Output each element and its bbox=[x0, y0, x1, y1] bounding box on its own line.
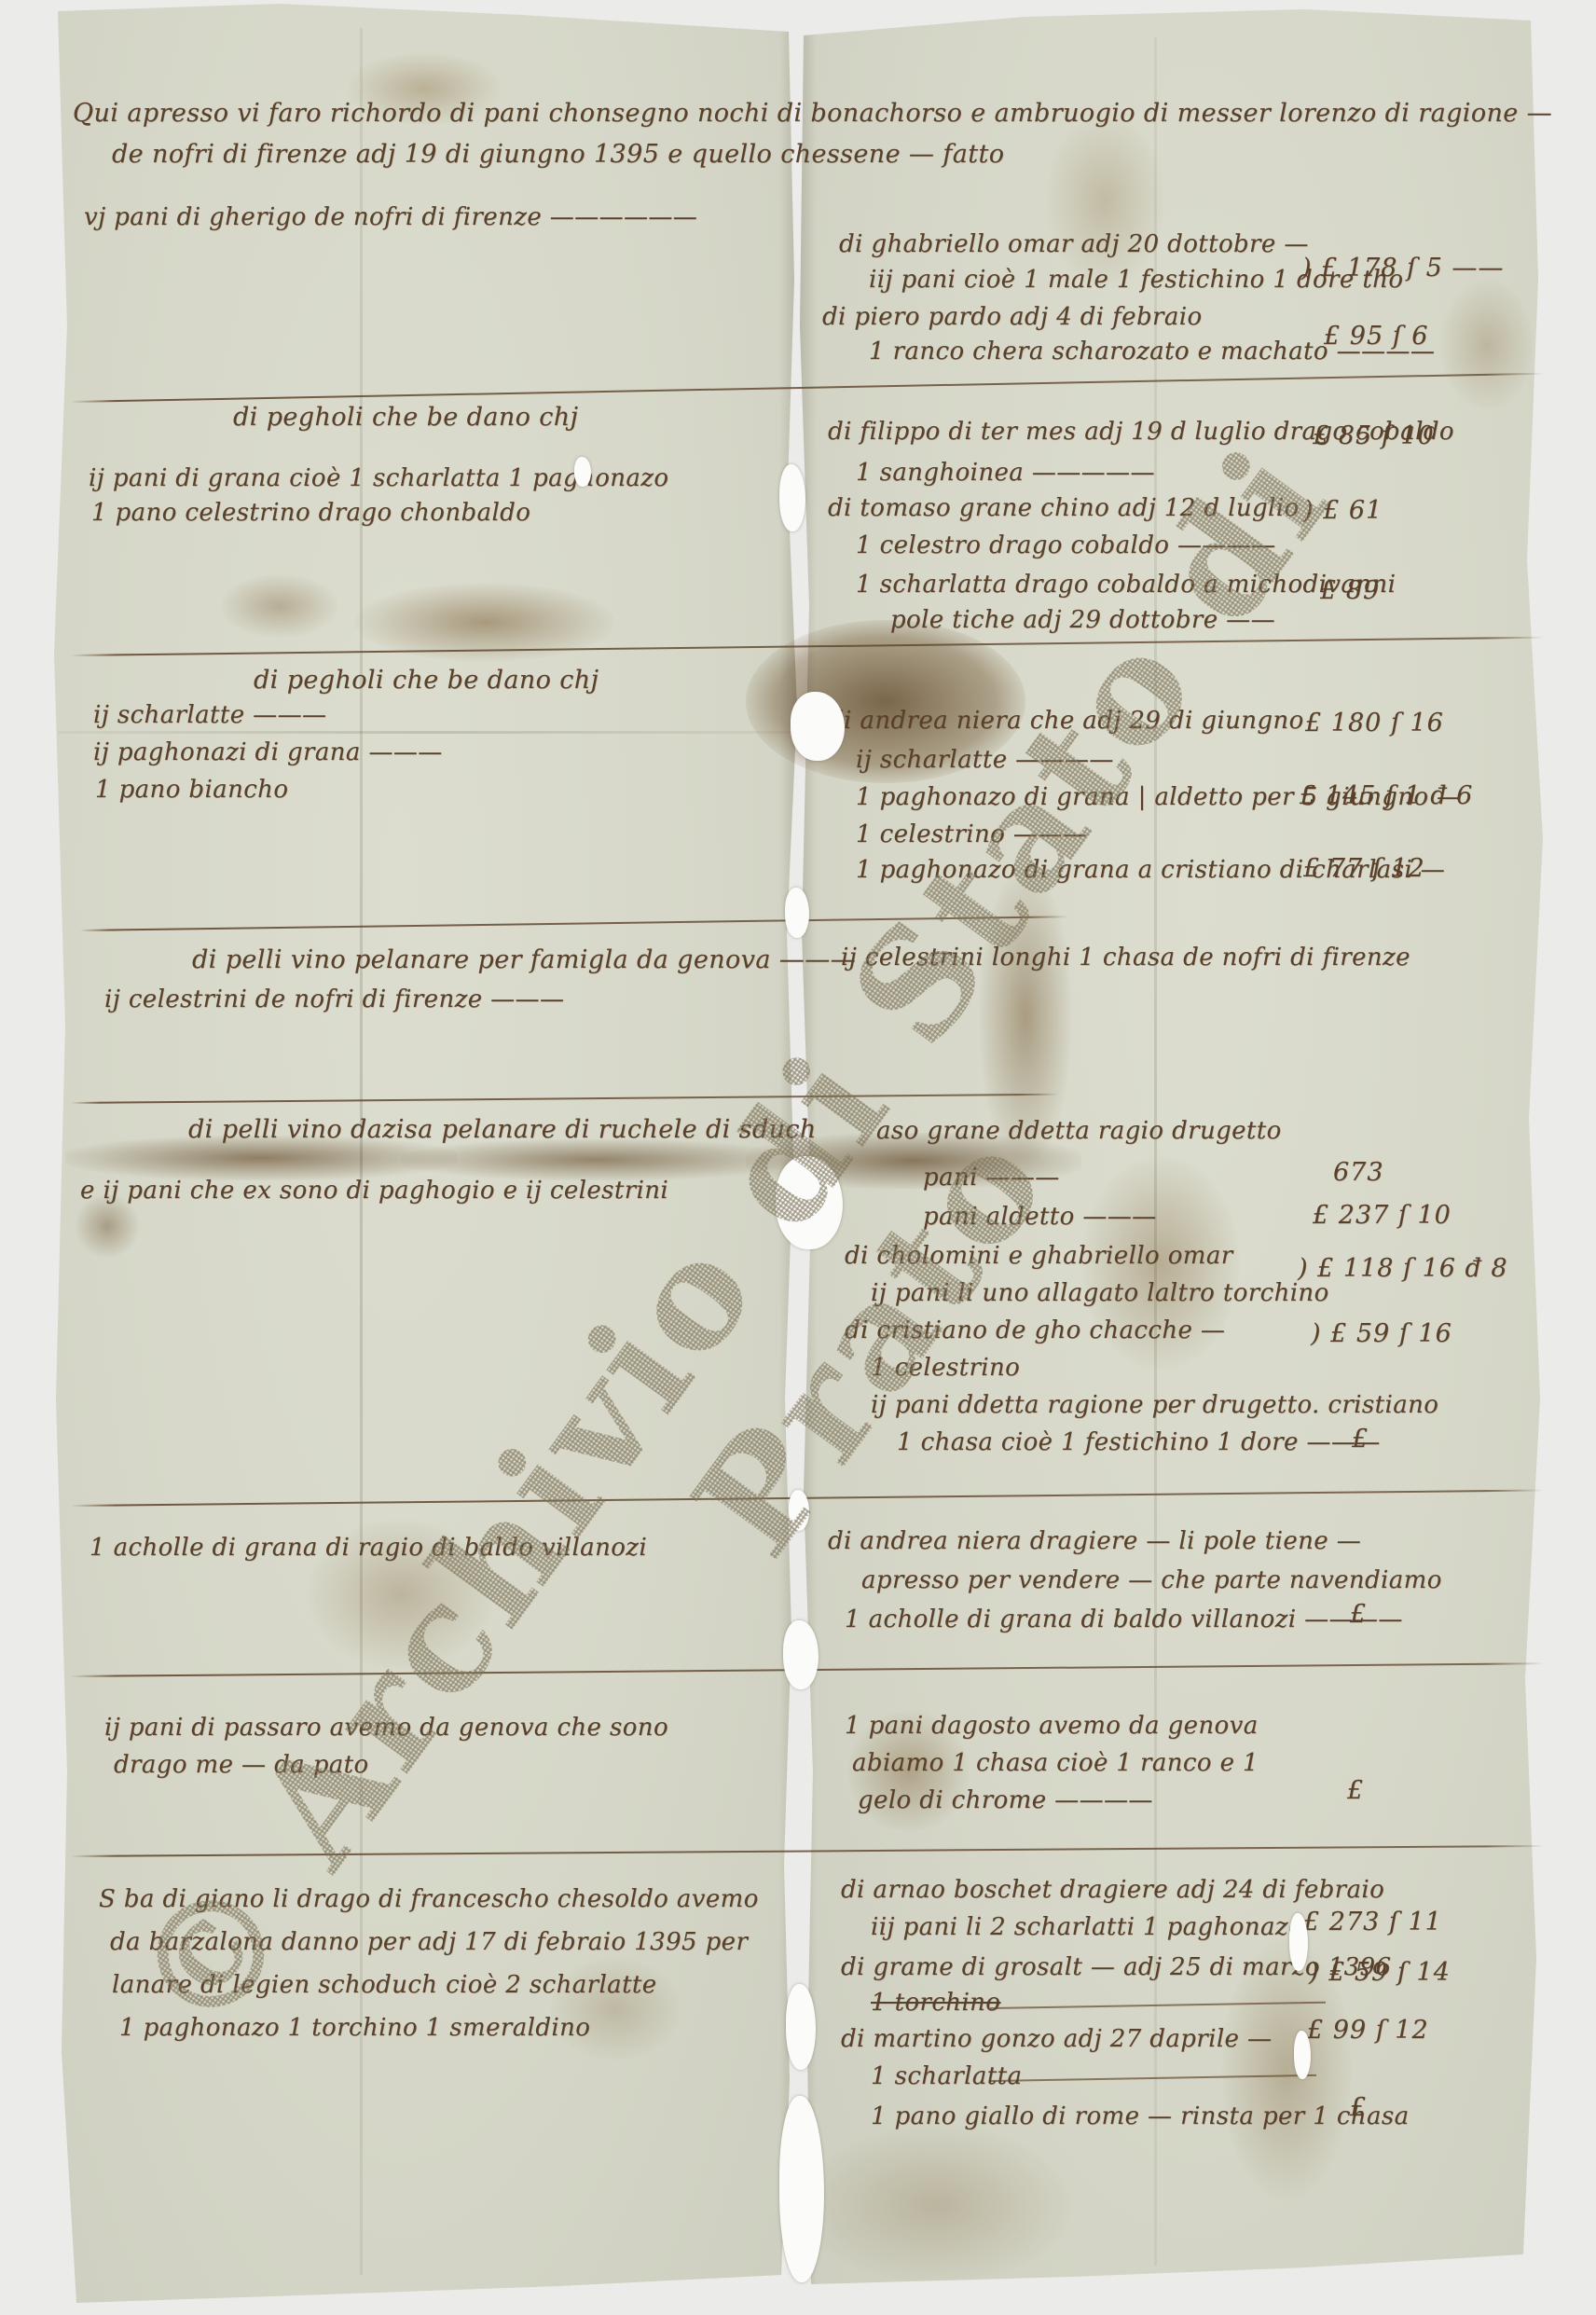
entry-line: 1 scharlatta drago cobaldo a michodivann… bbox=[856, 571, 1396, 599]
entry-line: 1 celestro drago cobaldo ———— bbox=[856, 531, 1276, 559]
entry-line: di arnao boschet dragiere adj 24 di febr… bbox=[841, 1876, 1384, 1904]
amount-value: 673 bbox=[1333, 1158, 1384, 1187]
amount-value: £ bbox=[1352, 1425, 1369, 1454]
amount-value: £ 237 ſ 10 bbox=[1313, 1201, 1452, 1230]
entry-line: ij scharlatte ——— bbox=[93, 701, 326, 729]
entry-line: di piero pardo adj 4 di febraio bbox=[822, 303, 1203, 331]
entry-line: di ghabriello omar adj 20 dottobre — bbox=[839, 230, 1309, 258]
amount-value: £ 77 ſ 12 bbox=[1303, 854, 1425, 883]
entry-line: iij pani li 2 scharlatti 1 paghonazo bbox=[871, 1913, 1303, 1941]
entry-line: ij celestrini de nofri di firenze ——— bbox=[104, 985, 564, 1013]
entry-line: aso grane ddetta ragio drugetto bbox=[876, 1117, 1282, 1145]
amount-value: ) £ 59 ſ 14 bbox=[1309, 1958, 1451, 1987]
amount-value: £ 273 ſ 11 bbox=[1303, 1908, 1442, 1936]
amount-value: £ bbox=[1350, 1600, 1367, 1629]
entry-line: 1 celestrino ——— bbox=[856, 820, 1087, 848]
entry-line: di martino gonzo adj 27 daprile — bbox=[841, 2025, 1272, 2053]
section-heading: di pegholi che be dano chj bbox=[233, 403, 578, 432]
section-heading: di pelli vino pelanare per famigla da ge… bbox=[192, 945, 856, 974]
entry-line: ij paghonazi di grana ——— bbox=[93, 738, 443, 766]
amount-value: ) £ 178 ſ 5 —— bbox=[1301, 254, 1504, 282]
amount-value: £ 95 ſ 6 bbox=[1324, 322, 1428, 351]
entry-line: 1 pano celestrino drago chonbaldo bbox=[91, 499, 530, 527]
header-line-1: Qui apresso vi faro richordo di pani cho… bbox=[73, 99, 1552, 128]
entry-line: di andrea niera che adj 29 di giungno bbox=[828, 707, 1304, 735]
entry-line: drago me — da pato bbox=[114, 1751, 369, 1779]
entry-line: 1 acholle di grana di ragio di baldo vil… bbox=[89, 1534, 647, 1562]
entry-line: e ij pani che ex sono di paghogio e ij c… bbox=[80, 1177, 668, 1205]
entry-line: S ba di giano li drago di francescho che… bbox=[99, 1885, 759, 1913]
amount-value: £ 145 ſ 1 đ 6 bbox=[1300, 781, 1473, 810]
entry-line: 1 scharlatta bbox=[871, 2062, 1022, 2090]
entry-line: da barzalona danno per adj 17 di febraio… bbox=[110, 1928, 748, 1956]
scanned-manuscript-page: © Archivio di Stato di Prato Qui apresso… bbox=[0, 0, 1596, 2315]
entry-line: 1 pano biancho bbox=[95, 776, 288, 804]
entry-line: 1 paghonazo 1 torchino 1 smeraldino bbox=[119, 2014, 590, 2042]
amount-value: ) £ 61 bbox=[1303, 496, 1383, 525]
amount-value: £ 85 ſ 10 bbox=[1313, 421, 1435, 450]
entry-line: apresso per vendere — che parte navendia… bbox=[861, 1566, 1442, 1594]
entry-line: 1 pano giallo di rome — rinsta per 1 cha… bbox=[871, 2102, 1410, 2130]
entry-line: ij pani ddetta ragione per drugetto. cri… bbox=[871, 1391, 1438, 1419]
amount-value: £ 89 bbox=[1320, 576, 1380, 605]
header-line-2: de nofri di firenze adj 19 di giungno 13… bbox=[112, 140, 1004, 169]
entry-line: di tomaso grane chino adj 12 d luglio bbox=[828, 494, 1300, 522]
amount-value: £ 180 ſ 16 bbox=[1305, 709, 1444, 737]
entry-line: ij pani di grana cioè 1 scharlatta 1 pag… bbox=[89, 464, 668, 492]
entry-line: ij scharlatte ———— bbox=[856, 746, 1114, 774]
section-heading: di pelli vino dazisa pelanare di ruchele… bbox=[188, 1115, 817, 1144]
entry-line: di cholomini e ghabriello omar bbox=[845, 1242, 1233, 1270]
entry-line: abiamo 1 chasa cioè 1 ranco e 1 bbox=[852, 1749, 1259, 1777]
entry-line: 1 celestrino bbox=[871, 1354, 1020, 1382]
entry-line: 1 acholle di grana di baldo villanozi ——… bbox=[845, 1605, 1403, 1633]
entry-line: lanare di legien schoduch cioè 2 scharla… bbox=[112, 1971, 657, 1999]
amount-value: £ 99 ſ 12 bbox=[1307, 2016, 1429, 2045]
paper-sheet-left bbox=[0, 0, 798, 2315]
amount-value: £ bbox=[1350, 2093, 1367, 2122]
entry-line: ij pani di passaro avemo da genova che s… bbox=[104, 1714, 668, 1742]
section-heading: di pegholi che be dano chj bbox=[254, 666, 598, 695]
entry-line: pani aldetto ——— bbox=[923, 1203, 1157, 1231]
entry-line-struck: 1 torchino bbox=[871, 1989, 1000, 2017]
entry-line: pani ——— bbox=[923, 1164, 1060, 1192]
entry-line: di cristiano de gho chacche — bbox=[845, 1316, 1225, 1344]
entry-line: gelo di chrome ———— bbox=[858, 1786, 1153, 1814]
entry-line: di andrea niera dragiere — li pole tiene… bbox=[828, 1527, 1361, 1555]
amount-value: £ bbox=[1347, 1776, 1364, 1805]
entry-line: 1 chasa cioè 1 festichino 1 dore ——— bbox=[897, 1428, 1381, 1456]
amount-value: ) £ 59 ſ 16 bbox=[1311, 1319, 1452, 1348]
entry-line: 1 sanghoinea ————— bbox=[856, 459, 1155, 487]
entry-line: ij celestrini longhi 1 chasa de nofri di… bbox=[841, 944, 1410, 971]
entry-line: pole tiche adj 29 dottobre —— bbox=[890, 606, 1275, 634]
entry-line: 1 pani dagosto avemo da genova bbox=[845, 1712, 1259, 1740]
entry-line: vj pani di gherigo de nofri di firenze —… bbox=[84, 203, 697, 231]
entry-line: ij pani li uno allagato laltro torchino bbox=[871, 1279, 1329, 1307]
